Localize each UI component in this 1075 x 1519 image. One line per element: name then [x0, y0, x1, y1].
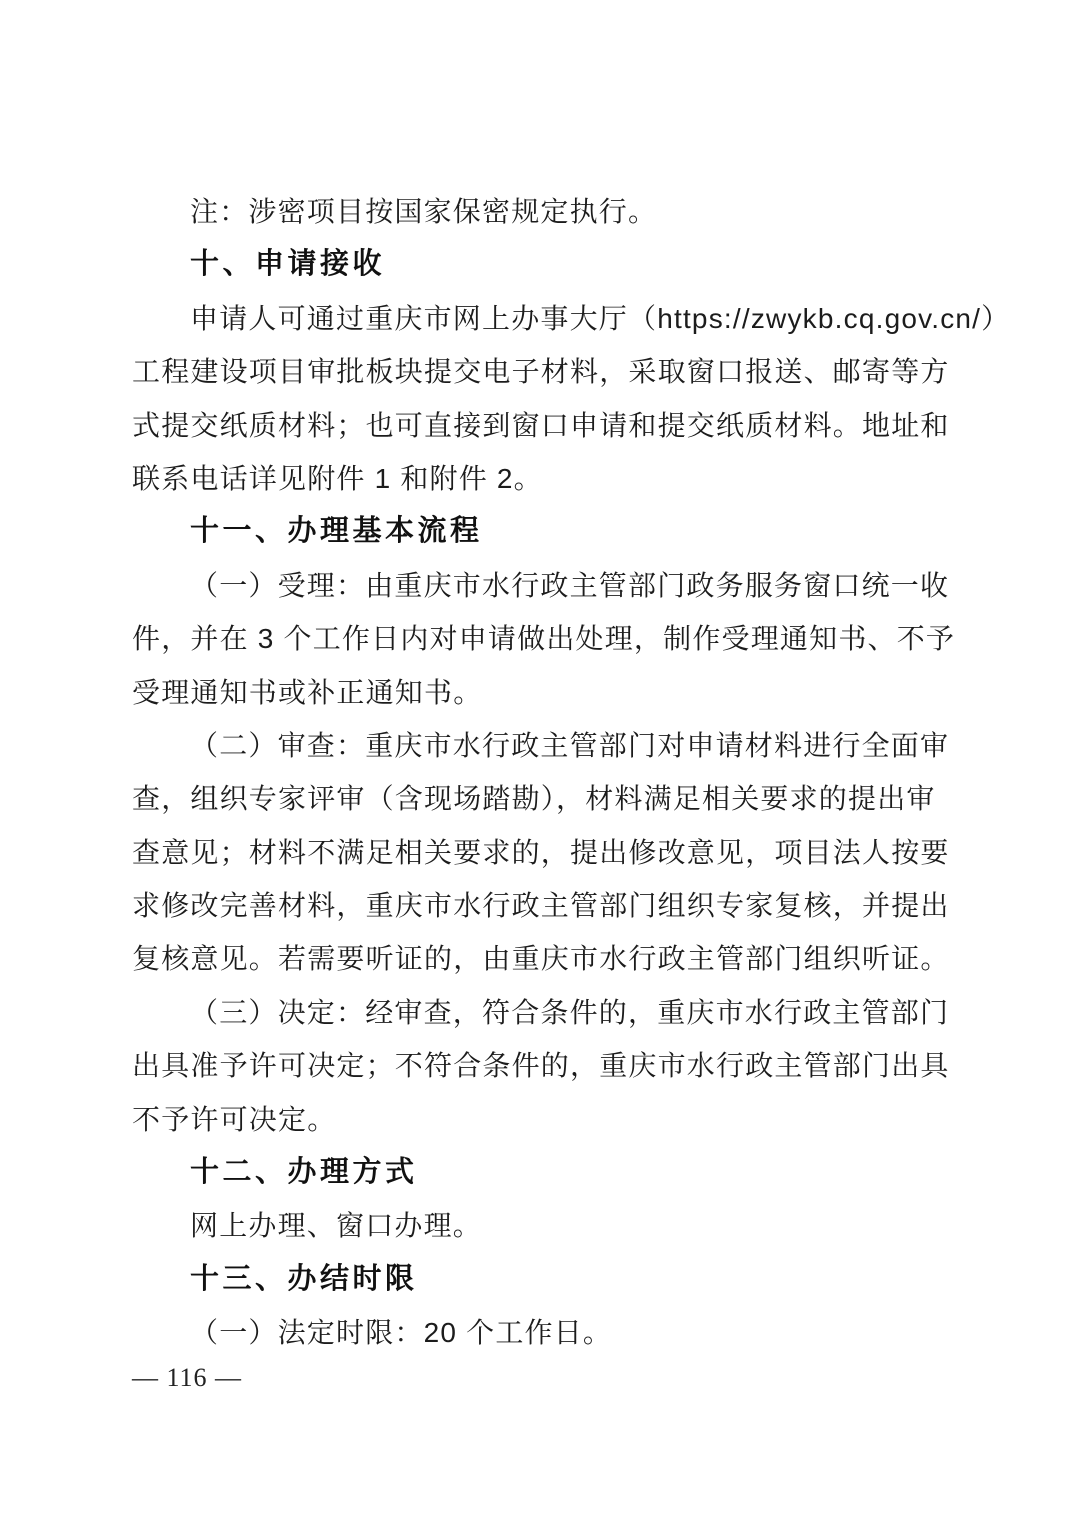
- body-line: 受理通知书或补正通知书。: [132, 666, 1012, 719]
- section-heading: 十二、办理方式: [132, 1146, 1012, 1199]
- body-line: 查，组织专家评审（含现场踏勘），材料满足相关要求的提出审: [132, 772, 1012, 825]
- body-line: 网上办理、窗口办理。: [132, 1199, 1012, 1252]
- document-body: 注：涉密项目按国家保密规定执行。十、申请接收申请人可通过重庆市网上办事大厅（ht…: [132, 185, 1012, 1360]
- body-line: 出具准予许可决定；不符合条件的，重庆市水行政主管部门出具: [132, 1039, 1012, 1092]
- body-line: 联系电话详见附件 1 和附件 2。: [132, 452, 1012, 505]
- body-line: 工程建设项目审批板块提交电子材料，采取窗口报送、邮寄等方: [132, 345, 1012, 398]
- body-line: 注：涉密项目按国家保密规定执行。: [132, 185, 1012, 238]
- body-line: 式提交纸质材料；也可直接到窗口申请和提交纸质材料。地址和: [132, 399, 1012, 452]
- body-line: 复核意见。若需要听证的，由重庆市水行政主管部门组织听证。: [132, 932, 1012, 985]
- section-heading: 十、申请接收: [132, 238, 1012, 291]
- body-line: （三）决定：经审查，符合条件的，重庆市水行政主管部门: [132, 986, 1012, 1039]
- body-line: 求修改完善材料，重庆市水行政主管部门组织专家复核，并提出: [132, 879, 1012, 932]
- section-heading: 十三、办结时限: [132, 1253, 1012, 1306]
- body-line: 件，并在 3 个工作日内对申请做出处理，制作受理通知书、不予: [132, 612, 1012, 665]
- body-line: 查意见；材料不满足相关要求的，提出修改意见，项目法人按要: [132, 826, 1012, 879]
- body-line: 申请人可通过重庆市网上办事大厅（https://zwykb.cq.gov.cn/…: [132, 292, 1012, 345]
- body-line: （一）法定时限：20 个工作日。: [132, 1306, 1012, 1359]
- section-heading: 十一、办理基本流程: [132, 505, 1012, 558]
- body-line: （一）受理：由重庆市水行政主管部门政务服务窗口统一收: [132, 559, 1012, 612]
- body-line: （二）审查：重庆市水行政主管部门对申请材料进行全面审: [132, 719, 1012, 772]
- body-line: 不予许可决定。: [132, 1093, 1012, 1146]
- page-number: — 116 —: [132, 1358, 242, 1398]
- document-page: 注：涉密项目按国家保密规定执行。十、申请接收申请人可通过重庆市网上办事大厅（ht…: [0, 0, 1075, 1519]
